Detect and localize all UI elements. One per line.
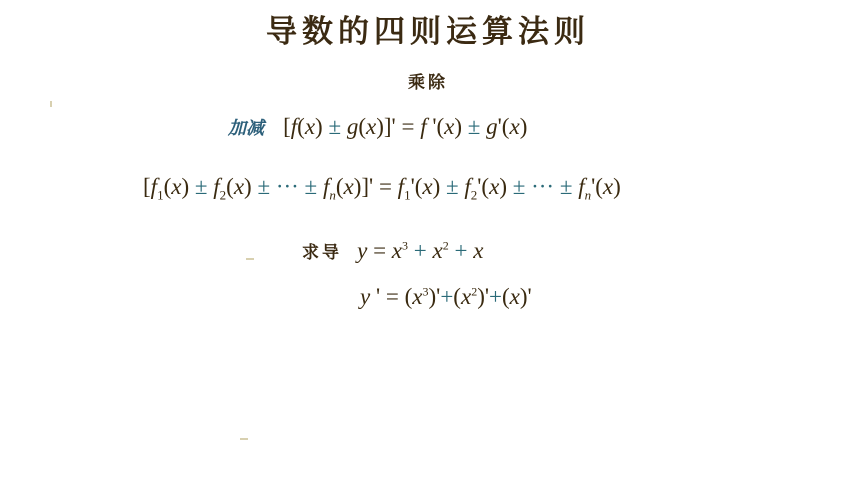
rule-general-row: [f1(x) ± f2(x) ± ··· ± fn(x)]' = f1'(x) … — [143, 174, 621, 204]
rule-add-row: 加减 [f(x) ± g(x)]' = f '(x) ± g'(x) — [228, 114, 527, 140]
example-derivative: y ' = (x3)'+(x2)'+(x)' — [360, 284, 532, 309]
example-label: 求导 — [302, 243, 342, 263]
example-derivative-row: y ' = (x3)'+(x2)'+(x)' — [360, 284, 532, 310]
scan-speck — [240, 438, 248, 440]
subtitle: 乘除 — [0, 68, 856, 93]
page-title: 导数的四则运算法则 — [0, 6, 856, 51]
rule-general-formula: [f1(x) ± f2(x) ± ··· ± fn(x)]' = f1'(x) … — [143, 174, 621, 199]
rule-add-formula: [f(x) ± g(x)]' = f '(x) ± g'(x) — [283, 114, 527, 139]
scan-speck — [246, 258, 254, 260]
example-function: y = x3 + x2 + x — [357, 238, 483, 263]
scan-speck — [50, 101, 52, 107]
rule-add-label: 加减 — [228, 118, 264, 139]
example-row: 求导 y = x3 + x2 + x — [302, 238, 483, 264]
